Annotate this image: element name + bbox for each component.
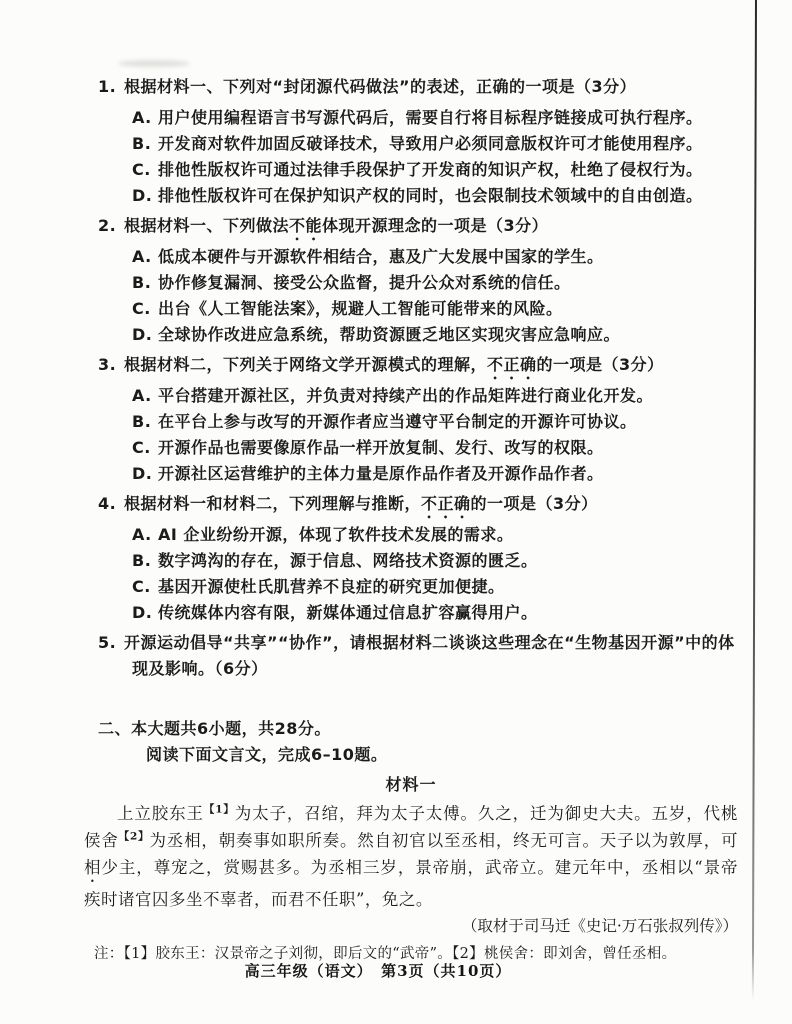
option-row: C.出台《人工智能法案》，规避人工智能可能带来的风险。 xyxy=(98,296,738,322)
scan-artifact-line xyxy=(752,0,757,1000)
section-two-heading: 二、本大题共6小题，共28分。 xyxy=(98,716,738,742)
question-5-stem: 5.开源运动倡导“共享”“协作”，请根据材料二谈谈这些理念在“生物基因开源”中的… xyxy=(98,630,738,682)
option-text: 开源作品也需要像原作品一样开放复制、发行、改写的权限。 xyxy=(158,438,604,457)
option-row: C.排他性版权许可通过法律手段保护了开发商的知识产权，杜绝了侵权行为。 xyxy=(98,157,738,183)
question-stem-text: 根据材料二，下列关于网络文学开源模式的理解， xyxy=(124,355,487,374)
section-two-instruction: 阅读下面文言文，完成6–10题。 xyxy=(146,742,738,768)
option-row: B.开发商对软件加固反破译技术，导致用户必须同意版权许可才能使用程序。 xyxy=(98,131,738,157)
option-text: 平台搭建开源社区，并负责对持续产出的作品矩阵进行商业化开发。 xyxy=(158,386,653,405)
option-label: C. xyxy=(132,435,158,461)
question-stem-text: 根据材料一、下列对“封闭源代码做法”的表述，正确的一项是（3分） xyxy=(124,77,636,96)
option-label: C. xyxy=(132,157,158,183)
option-text: 基因开源使杜氏肌营养不良症的研究更加便捷。 xyxy=(158,577,505,596)
option-label: B. xyxy=(132,270,158,296)
option-label: B. xyxy=(132,548,158,574)
passage-text: 为丞相，朝奏事如职所奏。然自初官以至丞相，终无可言。天子以为敦厚，可 xyxy=(149,831,738,850)
question-3-stem: 3.根据材料二，下列关于网络文学开源模式的理解，不正确的一项是（3分） xyxy=(98,352,738,383)
footnote-ref-2: 【2】 xyxy=(119,831,150,843)
option-text: 在平台上参与改写的开源作者应当遵守平台制定的开源许可协议。 xyxy=(158,412,637,431)
option-row: C.基因开源使杜氏肌营养不良症的研究更加便捷。 xyxy=(98,574,738,600)
option-row: D.排他性版权许可在保护知识产权的同时，也会限制技术领域中的自由创造。 xyxy=(98,183,738,209)
option-text: 全球协作改进应急系统，帮助资源匮乏地区实现灾害应急响应。 xyxy=(158,325,620,344)
question-number: 2. xyxy=(98,213,124,239)
option-label: B. xyxy=(132,131,158,157)
passage-emphasis-char: 相 xyxy=(84,858,101,877)
multiple-choice-questions: 1.根据材料一、下列对“封闭源代码做法”的表述，正确的一项是（3分） A.用户使… xyxy=(98,74,738,682)
question-stem-text: 根据材料一和材料二，下列理解与推断， xyxy=(124,494,421,513)
question-number: 5. xyxy=(98,630,124,656)
option-label: B. xyxy=(132,409,158,435)
option-row: A.平台搭建开源社区，并负责对持续产出的作品矩阵进行商业化开发。 xyxy=(98,383,738,409)
option-label: D. xyxy=(132,183,158,209)
page-content: 1.根据材料一、下列对“封闭源代码做法”的表述，正确的一项是（3分） A.用户使… xyxy=(84,74,738,967)
option-text: 排他性版权许可在保护知识产权的同时，也会限制技术领域中的自由创造。 xyxy=(158,186,703,205)
material-one-title: 材料一 xyxy=(84,772,738,798)
option-text: 数字鸿沟的存在，源于信息、网络技术资源的匮乏。 xyxy=(158,551,538,570)
option-row: A.用户使用编程语言书写源代码后，需要自行将目标程序链接成可执行程序。 xyxy=(98,105,738,131)
passage-text: 上立胶东王 xyxy=(117,804,204,823)
question-stem-text: 开源运动倡导“共享”“协作”，请根据材料二谈谈这些理念在“生物基因开源”中的体现… xyxy=(124,633,735,678)
section-two: 二、本大题共6小题，共28分。 阅读下面文言文，完成6–10题。 材料一 xyxy=(84,716,738,798)
option-label: D. xyxy=(132,600,158,626)
option-label: A. xyxy=(132,383,158,409)
option-label: A. xyxy=(132,105,158,131)
option-text: 传统媒体内容有限，新媒体通过信息扩容赢得用户。 xyxy=(158,603,538,622)
question-5: 5.开源运动倡导“共享”“协作”，请根据材料二谈谈这些理念在“生物基因开源”中的… xyxy=(98,630,738,682)
question-stem-text: 的一项是（3分） xyxy=(471,494,598,513)
question-number: 1. xyxy=(98,74,124,100)
option-label: C. xyxy=(132,296,158,322)
option-row: A.AI 企业纷纷开源，体现了软件技术发展的需求。 xyxy=(98,522,738,548)
question-2: 2.根据材料一、下列做法不能体现开源理念的一项是（3分） A.低成本硬件与开源软… xyxy=(98,213,738,348)
question-stem-emphasis: 不正确 xyxy=(487,355,537,374)
question-stem-emphasis: 不正确 xyxy=(421,494,471,513)
question-stem-emphasis: 不能 xyxy=(289,216,322,235)
option-row: A.低成本硬件与开源软件相结合，惠及广大发展中国家的学生。 xyxy=(98,244,738,270)
option-text: 开源社区运营维护的主体力量是原作品作者及开源作品作者。 xyxy=(158,464,604,483)
option-text: 用户使用编程语言书写源代码后，需要自行将目标程序链接成可执行程序。 xyxy=(158,108,703,127)
source-attribution: （取材于司马迁《史记·万石张叔列传》） xyxy=(84,913,738,940)
scan-artifact-smudge xyxy=(118,60,190,67)
option-text: 出台《人工智能法案》，规避人工智能可能带来的风险。 xyxy=(158,299,563,318)
passage-paragraph: 上立胶东王【1】为太子，召绾，拜为太子太傅。久之，迁为御史大夫。五岁，代桃侯舍【… xyxy=(84,800,738,913)
option-row: D.全球协作改进应急系统，帮助资源匮乏地区实现灾害应急响应。 xyxy=(98,322,738,348)
question-number: 3. xyxy=(98,352,124,378)
option-text: 开发商对软件加固反破译技术，导致用户必须同意版权许可才能使用程序。 xyxy=(158,134,703,153)
option-label: C. xyxy=(132,574,158,600)
option-label: D. xyxy=(132,461,158,487)
option-label: A. xyxy=(132,522,158,548)
option-row: D.开源社区运营维护的主体力量是原作品作者及开源作品作者。 xyxy=(98,461,738,487)
option-text: 低成本硬件与开源软件相结合，惠及广大发展中国家的学生。 xyxy=(158,247,604,266)
question-stem-text: 的一项是（3分） xyxy=(537,355,664,374)
question-4: 4.根据材料一和材料二，下列理解与推断，不正确的一项是（3分） A.AI 企业纷… xyxy=(98,491,738,626)
option-row: B.在平台上参与改写的开源作者应当遵守平台制定的开源许可协议。 xyxy=(98,409,738,435)
page-footer: 高三年级（语文） 第3页（共10页） xyxy=(0,960,756,981)
option-text: 排他性版权许可通过法律手段保护了开发商的知识产权，杜绝了侵权行为。 xyxy=(158,160,703,179)
option-row: B.协作修复漏洞、接受公众监督，提升公众对系统的信任。 xyxy=(98,270,738,296)
passage-text: 少主，尊宠之，赏赐甚多。为丞相三岁，景帝崩，武帝立。建元年中，丞相以“景帝疾时诸… xyxy=(84,858,738,909)
question-stem-text: 根据材料一、下列做法 xyxy=(124,216,289,235)
option-text: AI 企业纷纷开源，体现了软件技术发展的需求。 xyxy=(158,525,513,544)
question-4-stem: 4.根据材料一和材料二，下列理解与推断，不正确的一项是（3分） xyxy=(98,491,738,522)
question-1: 1.根据材料一、下列对“封闭源代码做法”的表述，正确的一项是（3分） A.用户使… xyxy=(98,74,738,209)
question-stem-text: 体现开源理念的一项是（3分） xyxy=(322,216,548,235)
option-text: 协作修复漏洞、接受公众监督，提升公众对系统的信任。 xyxy=(158,273,571,292)
option-row: D.传统媒体内容有限，新媒体通过信息扩容赢得用户。 xyxy=(98,600,738,626)
question-3: 3.根据材料二，下列关于网络文学开源模式的理解，不正确的一项是（3分） A.平台… xyxy=(98,352,738,487)
option-label: D. xyxy=(132,322,158,348)
exam-page: 1.根据材料一、下列对“封闭源代码做法”的表述，正确的一项是（3分） A.用户使… xyxy=(0,0,792,1024)
question-2-stem: 2.根据材料一、下列做法不能体现开源理念的一项是（3分） xyxy=(98,213,738,244)
question-number: 4. xyxy=(98,491,124,517)
option-label: A. xyxy=(132,244,158,270)
footnote-ref-1: 【1】 xyxy=(204,804,235,816)
question-1-stem: 1.根据材料一、下列对“封闭源代码做法”的表述，正确的一项是（3分） xyxy=(98,74,738,105)
option-row: C.开源作品也需要像原作品一样开放复制、发行、改写的权限。 xyxy=(98,435,738,461)
option-row: B.数字鸿沟的存在，源于信息、网络技术资源的匮乏。 xyxy=(98,548,738,574)
classical-passage: 上立胶东王【1】为太子，召绾，拜为太子太傅。久之，迁为御史大夫。五岁，代桃侯舍【… xyxy=(84,800,738,913)
